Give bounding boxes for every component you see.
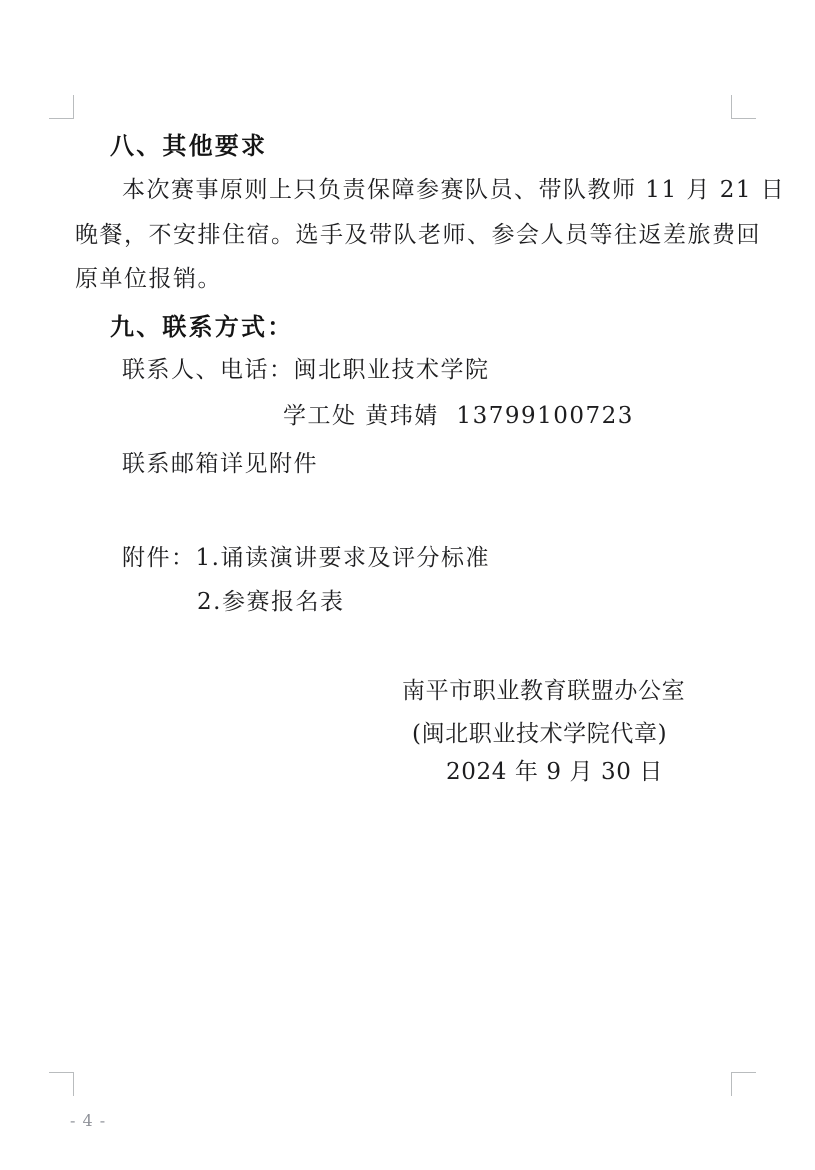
contact-email-line: 联系邮箱详见附件 [122,450,318,479]
section-heading-contact: 九、联系方式： [110,312,293,342]
crop-mark-bottom-left-icon [49,1072,74,1096]
paragraph-line-3: 原单位报销。 [75,265,222,294]
attachment-line-1: 附件：1.诵读演讲要求及评分标准 [122,544,490,573]
attachment-line-2: 2.参赛报名表 [197,588,344,617]
page-number: - 4 - [70,1111,106,1130]
contact-person-line: 联系人、电话：闽北职业技术学院 [122,356,490,385]
crop-mark-top-left-icon [49,95,74,119]
paragraph-line-2: 晚餐，不安排住宿。选手及带队老师、参会人员等往返差旅费回 [75,221,761,250]
document-page: 八、其他要求 本次赛事原则上只负责保障参赛队员、带队教师 11 月 21 日 晚… [0,0,815,1170]
signature-organization-note: (闽北职业技术学院代章) [412,720,667,749]
section-heading-other-requirements: 八、其他要求 [110,131,267,161]
signature-date: 2024 年 9 月 30 日 [446,758,663,787]
contact-detail-line: 学工处 黄玮婧 13799100723 [283,402,634,431]
crop-mark-top-right-icon [731,95,756,119]
paragraph-line-1: 本次赛事原则上只负责保障参赛队员、带队教师 11 月 21 日 [122,176,785,205]
signature-organization: 南平市职业教育联盟办公室 [402,677,685,706]
crop-mark-bottom-right-icon [731,1072,756,1096]
